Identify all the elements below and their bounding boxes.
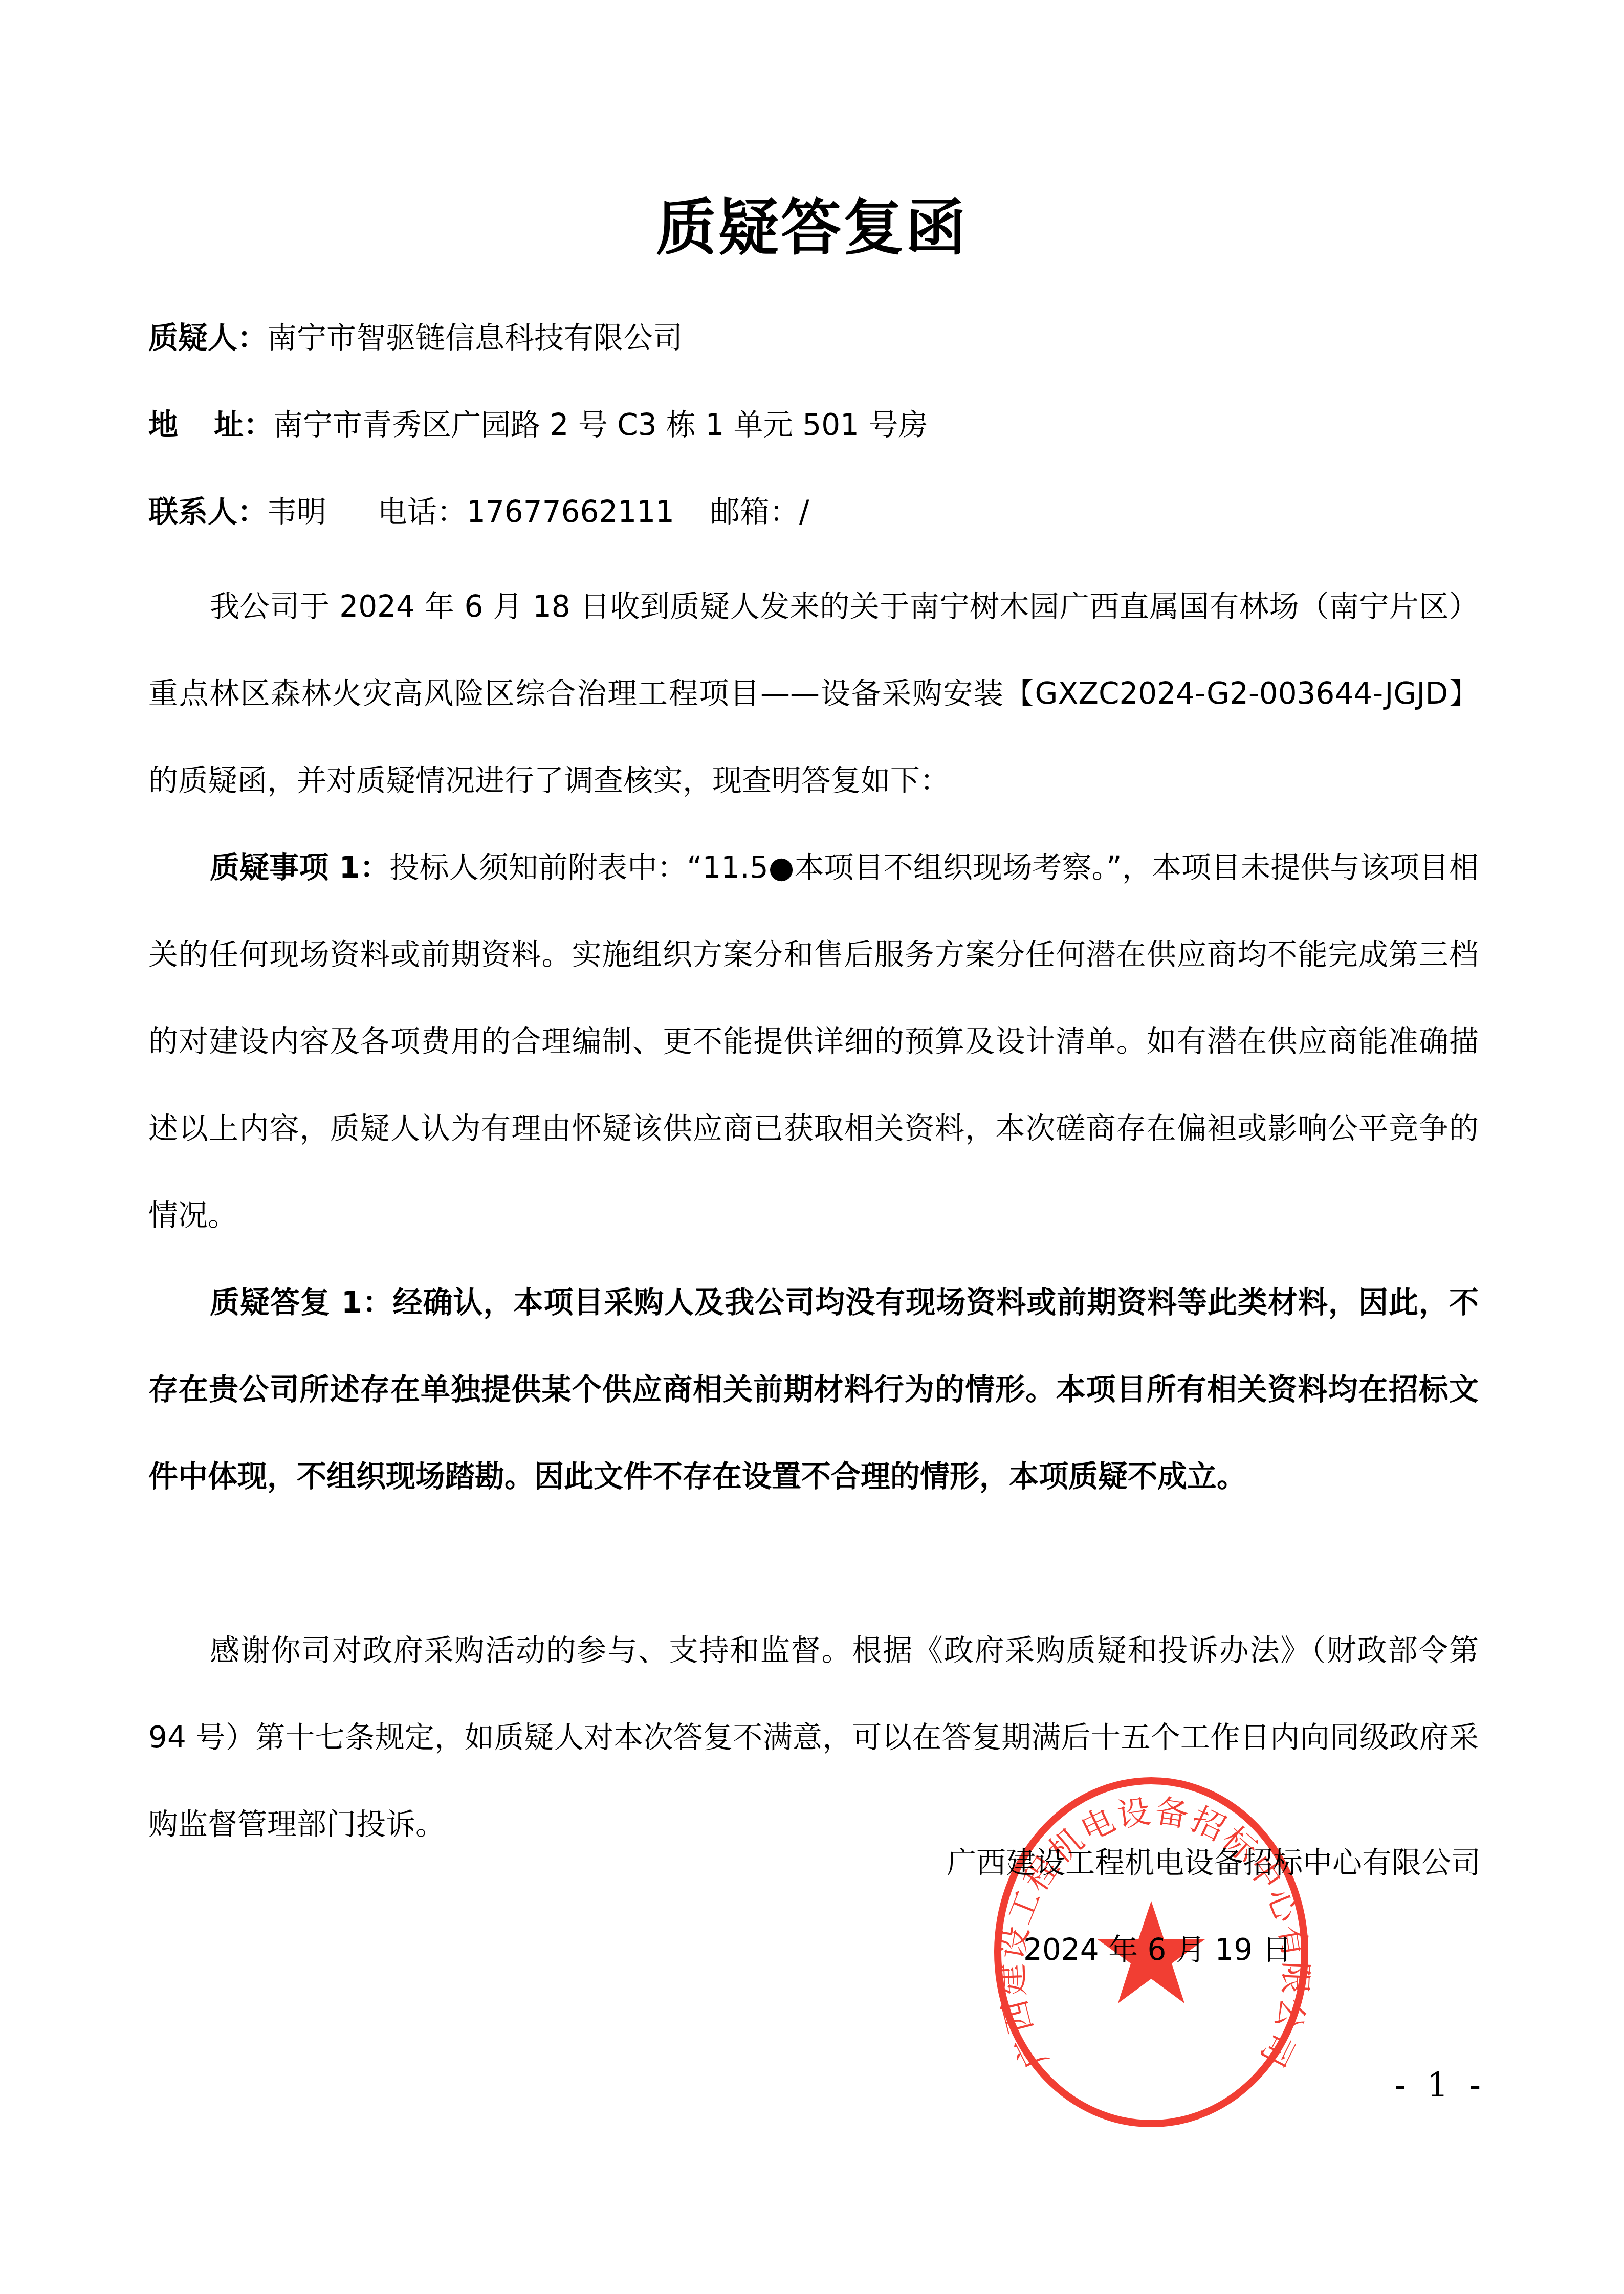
challenge-item-label: 质疑事项 1：	[210, 850, 389, 885]
document-page: 质疑答复函 质疑人：南宁市智驱链信息科技有限公司 地址：南宁市青秀区广园路 2 …	[0, 0, 1624, 2294]
signature-company: 广西建设工程机电设备招标中心有限公司	[947, 1842, 1481, 1883]
address-label-part2: 址：	[214, 407, 273, 442]
contact-value: 韦明	[267, 494, 326, 529]
address-label-part1: 地	[148, 407, 178, 442]
signature-date: 2024 年 6 月 19 日	[1023, 1929, 1292, 1970]
challenge-item-text: 投标人须知前附表中：“11.5●本项目不组织现场考察。”，本项目未提供与该项目相…	[148, 850, 1479, 1233]
email-value: /	[799, 494, 809, 529]
challenger-line: 质疑人：南宁市智驱链信息科技有限公司	[148, 317, 683, 358]
challenge-item-paragraph: 质疑事项 1：投标人须知前附表中：“11.5●本项目不组织现场考察。”，本项目未…	[148, 824, 1479, 1259]
phone-value: 17677662111	[467, 494, 674, 529]
page-number: - 1 -	[1394, 2065, 1486, 2106]
challenge-reply-paragraph: 质疑答复 1：经确认，本项目采购人及我公司均没有现场资料或前期资料等此类材料，因…	[148, 1259, 1479, 1520]
contact-line: 联系人：韦明电话：17677662111邮箱：/	[148, 491, 809, 532]
document-title: 质疑答复函	[0, 189, 1624, 266]
challenge-reply-label: 质疑答复 1：	[210, 1285, 392, 1320]
challenger-value: 南宁市智驱链信息科技有限公司	[267, 320, 683, 355]
address-value: 南宁市青秀区广园路 2 号 C3 栋 1 单元 501 号房	[273, 407, 928, 442]
contact-label: 联系人：	[148, 494, 267, 529]
challenger-label: 质疑人：	[148, 320, 267, 355]
intro-paragraph: 我公司于 2024 年 6 月 18 日收到质疑人发来的关于南宁树木园广西直属国…	[148, 563, 1479, 824]
address-line: 地址：南宁市青秀区广园路 2 号 C3 栋 1 单元 501 号房	[148, 404, 928, 445]
email-label: 邮箱：	[710, 494, 799, 529]
phone-label: 电话：	[378, 494, 467, 529]
